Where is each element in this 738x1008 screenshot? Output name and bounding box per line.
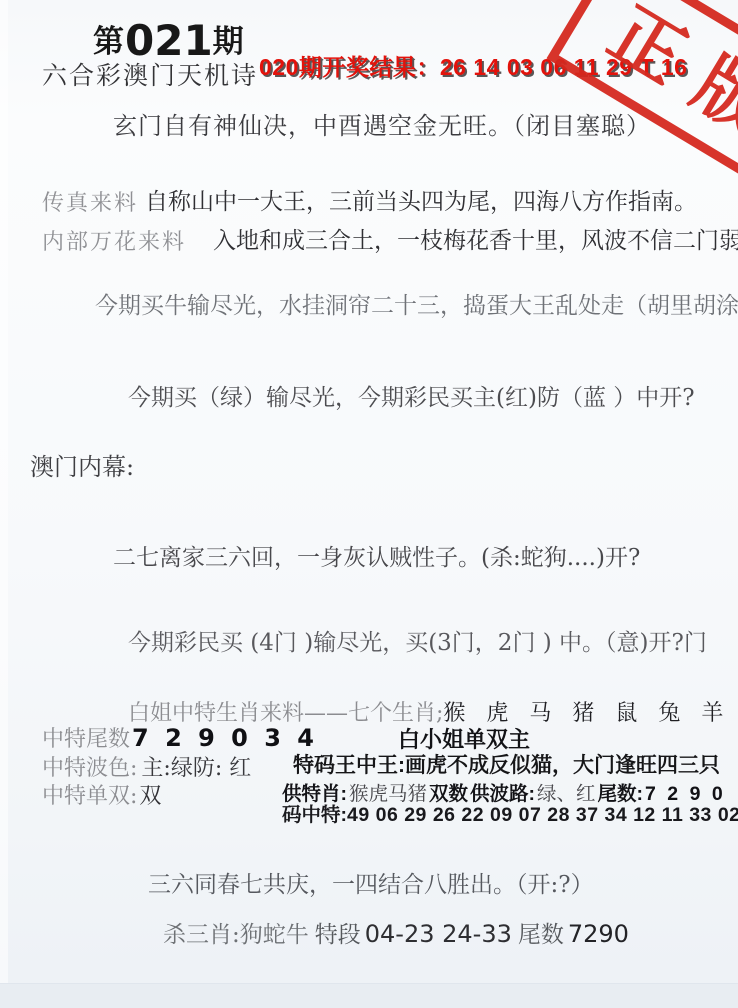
internal-poem: 入地和成三合土，一枝梅花香十里，风波不信二门弱。 [213,222,738,255]
special-tail-row: 中特尾数7 2 9 0 3 4 [42,722,318,753]
code-hits-line: 码中特:49 06 29 26 22 09 07 28 37 34 12 11 … [282,799,738,827]
special-oddeven-row: 中特单双:双 [42,779,161,810]
tail-label: 尾数 [518,922,564,948]
special-oddeven-value: 双 [139,784,161,809]
kill-label: 杀三肖: [163,922,240,948]
special-wave-row: 中特波色:主:绿防: 红 [42,751,251,782]
special-code-king-text: 画虎不成反似猫，大门逢旺四三只 [405,754,720,777]
special-tail-label: 中特尾数 [42,727,130,752]
issue-prefix: 第 [93,24,125,60]
tip-sheet: 第021期 六合彩澳门天机诗 020期开奖结果：26 14 03 06 11 2… [0,0,738,1008]
internal-source-label: 内部万花来料 [42,225,186,256]
code-hits-values: 49 06 29 26 22 09 07 28 37 34 12 11 33 0… [347,804,738,826]
left-edge-highlight [0,0,8,1008]
macau-insider-label: 澳门内幕: [30,447,134,482]
stamp-char-ban: 版 [683,46,738,145]
code-hits-label: 码中特: [282,804,347,826]
authentic-stamp: 正 版 [546,0,738,191]
special-wave-label: 中特波色: [42,756,137,781]
kill-three-zodiac-line: 杀三肖:狗蛇牛特段04-23 24-33尾数7290 [163,916,629,949]
tip-line-2: 今期买（绿）输尽光，今期彩民买主(红)防（蓝 ）中开? [128,379,695,412]
brand-title: 六合彩澳门天机诗 [42,56,258,92]
tip-line-3: 今期彩民买 (4门 )输尽光，买(3门，2门 ) 中。（意)开?门 [128,624,707,657]
special-oddeven-label: 中特单双: [42,784,137,809]
bottom-shade [0,983,738,1008]
special-wave-value: 主:绿防: 红 [141,756,251,781]
closing-poem: 三六同春七共庆，一四结合八胜出。（开:?） [148,866,594,899]
segment-value: 04-23 24-33 [365,920,512,948]
tip-line-1: 今期买牛输尽光，水挂洞帘二十三，捣蛋大王乱处走（胡里胡涂）， [95,287,738,320]
tail-value: 7290 [568,920,629,948]
opening-poem: 玄门自有神仙决，中酉遇空金无旺。（闭目塞聪） [113,106,651,141]
fax-source-label: 传真来料 [42,186,138,217]
insider-poem: 二七离家三六回，一身灰认贼性子。(杀:蛇狗....)开? [113,539,640,572]
special-code-king-line: 特码王中王:画虎不成反似猫，大门逢旺四三只 [293,749,720,779]
segment-label: 特段 [315,922,361,948]
issue-suffix: 期 [213,24,245,60]
special-code-king-label: 特码王中王: [293,754,405,777]
kill-zodiacs: 狗蛇牛 [240,922,309,948]
stamp-char-zheng: 正 [599,0,698,94]
special-tail-value: 7 2 9 0 3 4 [132,724,318,752]
fax-poem: 自称山中一大王，三前当头四为尾，四海八方作指南。 [145,183,697,216]
